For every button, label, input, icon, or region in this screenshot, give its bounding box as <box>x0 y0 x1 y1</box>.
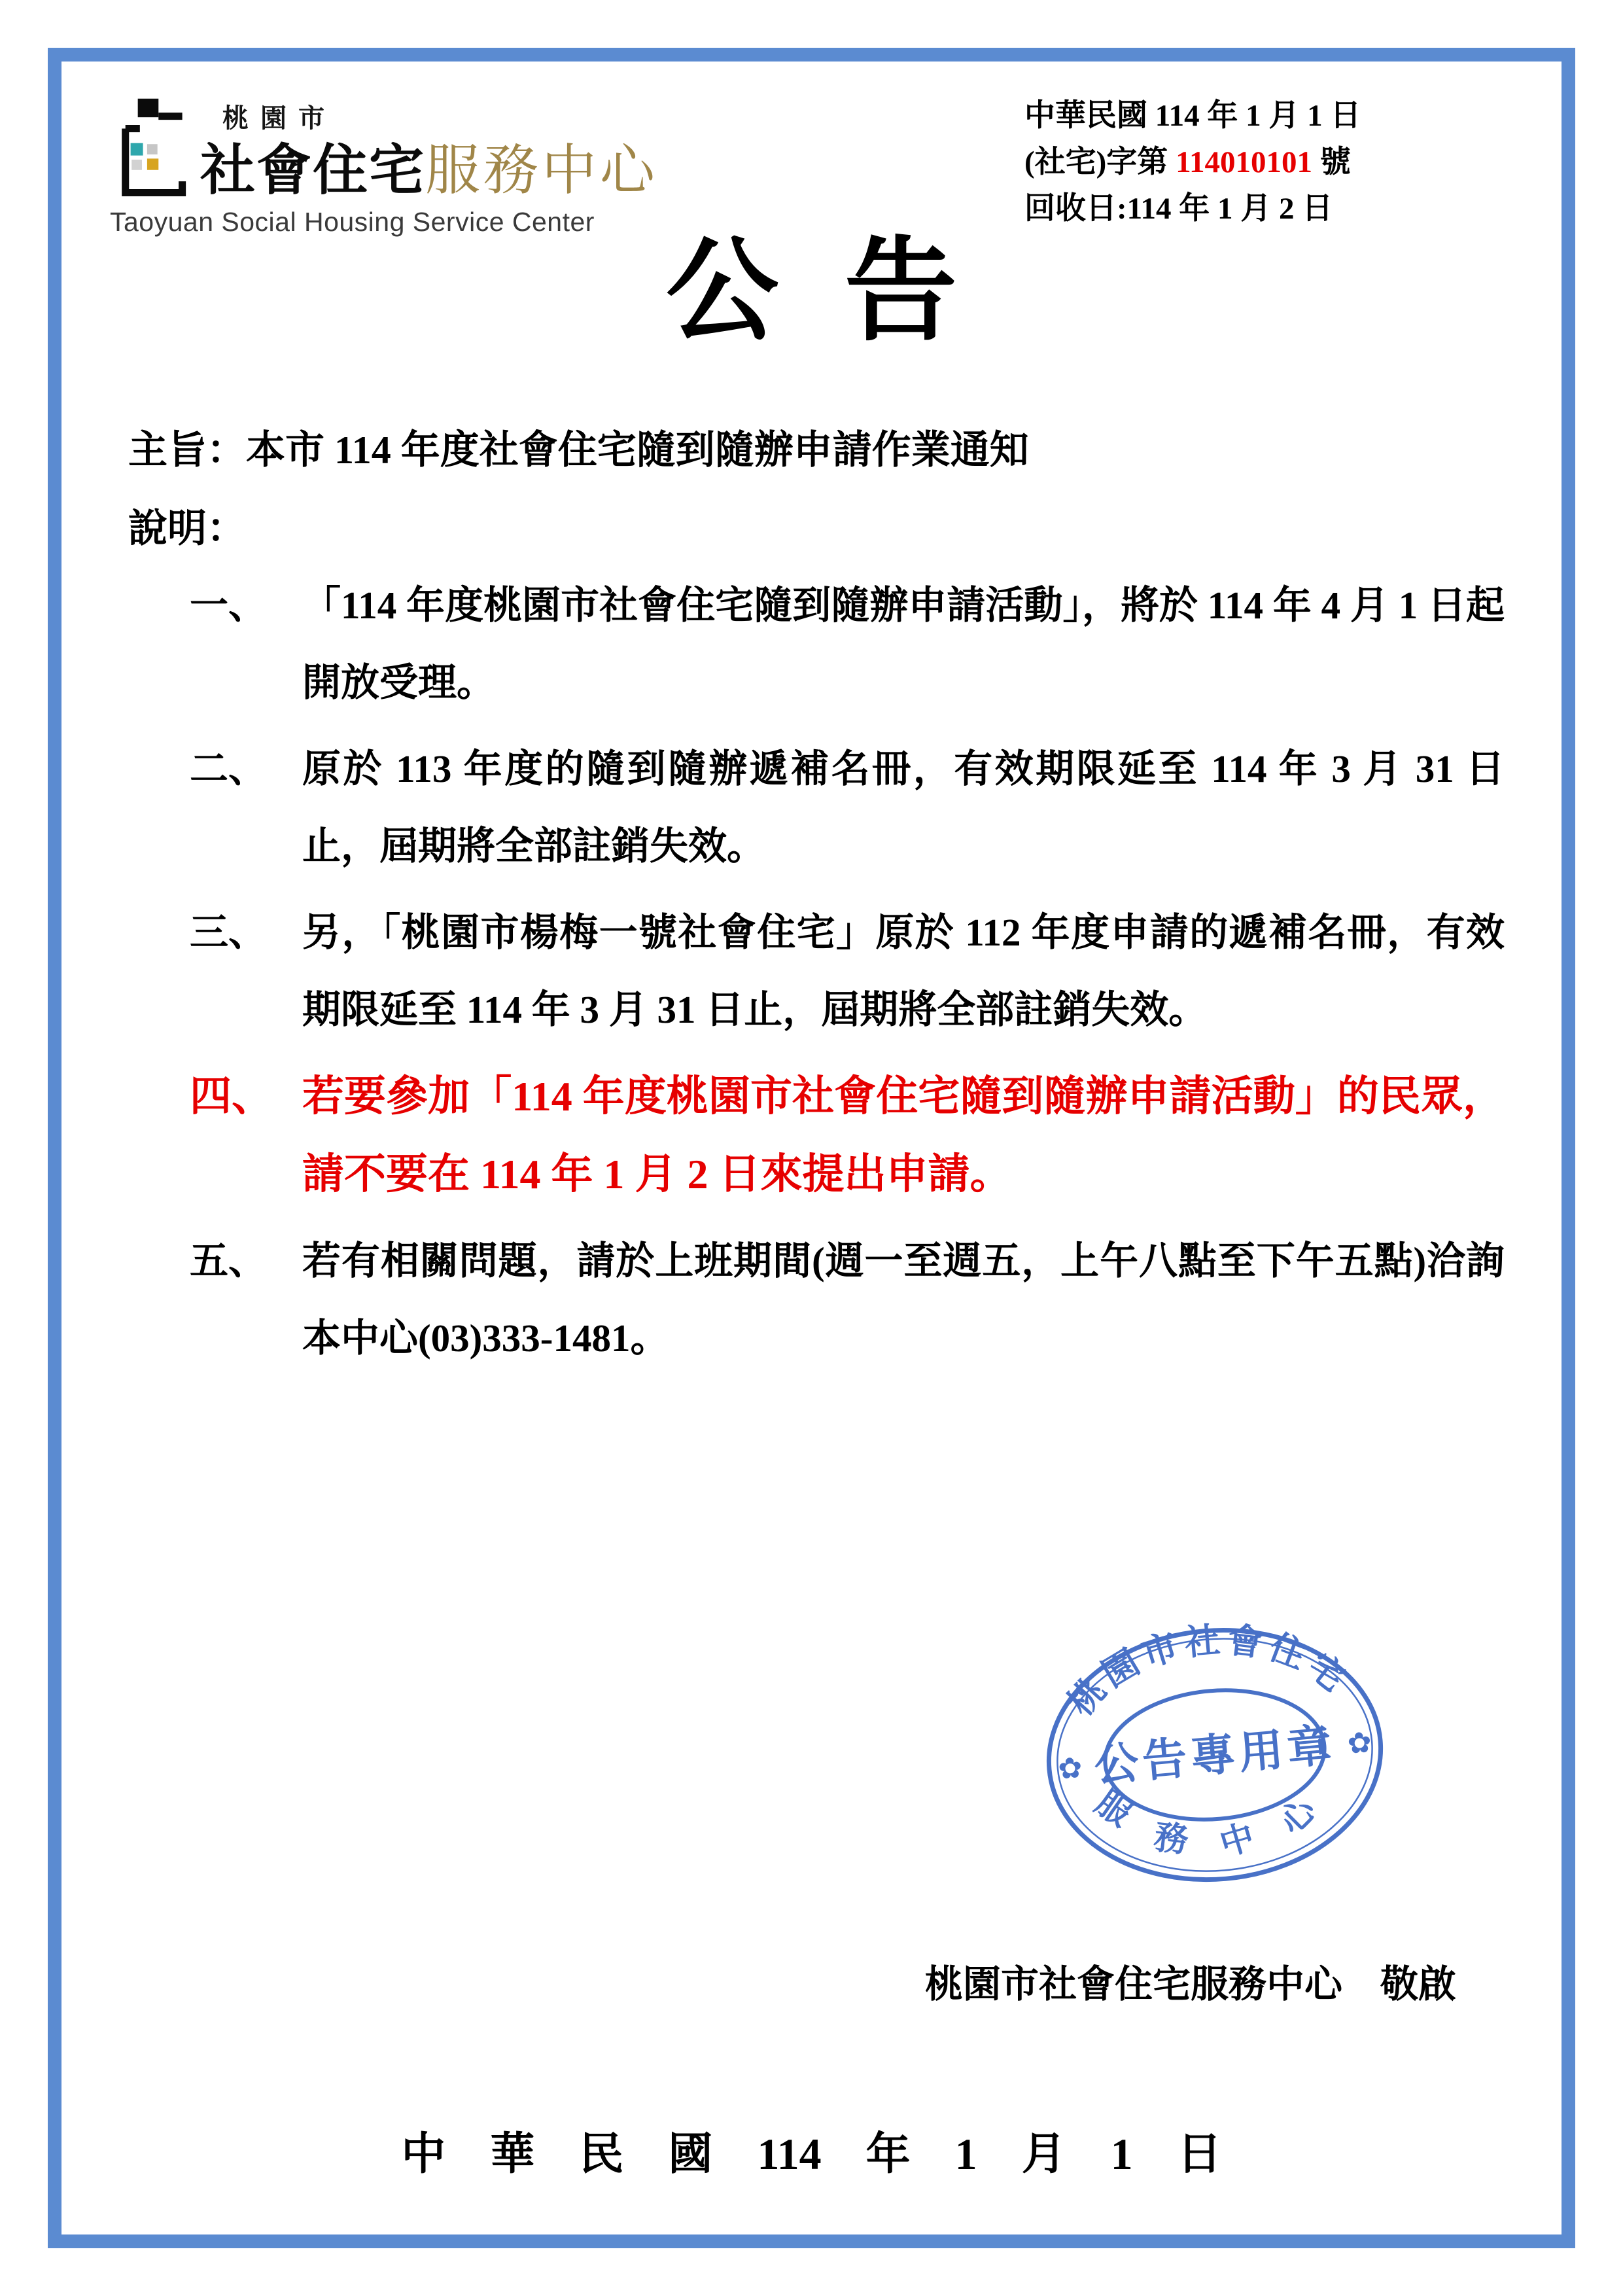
doc-number-prefix: (社宅)字第 <box>1024 145 1176 179</box>
announcement-page: 桃園市 社會住宅服務中心 Taoyuan Social Housing Serv… <box>0 0 1623 2296</box>
logo-title-black: 社會住宅 <box>200 139 425 201</box>
item-text: 若有相關問題，請於上班期間(週一至週五，上午八點至下午五點)洽詢本中心(03)3… <box>302 1222 1505 1377</box>
footer-date: 中 華 民 國 114 年 1 月 1 日 <box>0 2119 1623 2182</box>
list-item-1: 一、 「114 年度桃園市社會住宅隨到隨辦申請活動」，將於 114 年 4 月 … <box>190 567 1505 721</box>
item-text: 另，「桃園市楊梅一號社會住宅」原於 112 年度申請的遞補名冊，有效期限延至 1… <box>302 894 1505 1048</box>
stamp-arc-top-text: 桃園市社會住宅 <box>1055 1609 1359 1725</box>
list-item-3: 三、 另，「桃園市楊梅一號社會住宅」原於 112 年度申請的遞補名冊，有效期限延… <box>190 894 1505 1048</box>
doc-meta: 中華民國 114 年 1 月 1 日 (社宅)字第 114010101 號 回收… <box>1024 93 1361 232</box>
meta-date-line: 中華民國 114 年 1 月 1 日 <box>1024 93 1361 139</box>
org-logo: 桃園市 社會住宅服務中心 Taoyuan Social Housing Serv… <box>110 96 658 238</box>
logo-title-row: 社會住宅服務中心 <box>200 141 658 199</box>
subject-label: 主旨： <box>128 429 246 472</box>
subject-line: 主旨：本市 114 年度社會住宅隨到隨辦申請作業通知 <box>128 419 1029 475</box>
logo-city: 桃園市 <box>200 104 658 133</box>
item-text: 「114 年度桃園市社會住宅隨到隨辦申請活動」，將於 114 年 4 月 1 日… <box>302 567 1505 721</box>
svg-text:桃園市社會住宅: 桃園市社會住宅 <box>1055 1609 1359 1725</box>
doc-number-suffix: 號 <box>1312 145 1351 179</box>
item-text: 原於 113 年度的隨到隨辦遞補名冊，有效期限延至 114 年 3 月 31 日… <box>302 730 1505 885</box>
item-number: 四、 <box>190 1057 302 1213</box>
item-text: 若要參加「114 年度桃園市社會住宅隨到隨辦申請活動」的民眾，請不要在 114 … <box>302 1057 1505 1213</box>
logo-square-gray2 <box>131 160 142 170</box>
logo-square-gray <box>147 144 158 154</box>
item-number: 五、 <box>190 1222 302 1377</box>
items-list: 一、 「114 年度桃園市社會住宅隨到隨辦申請活動」，將於 114 年 4 月 … <box>190 567 1505 1386</box>
explanation-label: 說明： <box>128 497 246 554</box>
item-number: 二、 <box>190 730 302 885</box>
subject-text: 本市 114 年度社會住宅隨到隨辦申請作業通知 <box>246 429 1029 472</box>
logo-square-teal <box>131 143 143 156</box>
meta-number-line: (社宅)字第 114010101 號 <box>1024 139 1361 186</box>
official-stamp: 桃園市社會住宅 服務中心 公告專用章 ✿ ✿ <box>1019 1595 1412 1915</box>
signature-line: 桃園市社會住宅服務中心 敬啟 <box>925 1953 1456 2008</box>
logo-square-gold <box>147 158 158 169</box>
item-number: 一、 <box>190 567 302 721</box>
list-item-2: 二、 原於 113 年度的隨到隨辦遞補名冊，有效期限延至 114 年 3 月 3… <box>190 730 1505 885</box>
stamp-center-text: 公告專用章 <box>1092 1720 1337 1791</box>
list-item-5: 五、 若有相關問題，請於上班期間(週一至週五，上午八點至下午五點)洽詢本中心(0… <box>190 1222 1505 1377</box>
doc-number: 114010101 <box>1176 145 1312 179</box>
list-item-4-emphasis: 四、 若要參加「114 年度桃園市社會住宅隨到隨辦申請活動」的民眾，請不要在 1… <box>190 1057 1505 1213</box>
flower-ornament-left: ✿ <box>1056 1752 1083 1786</box>
house-icon <box>110 96 194 199</box>
item-number: 三、 <box>190 894 302 1048</box>
flower-ornament-right: ✿ <box>1346 1726 1373 1760</box>
logo-title-gold: 服務中心 <box>425 139 658 201</box>
announcement-title: 公 告 <box>0 225 1623 360</box>
